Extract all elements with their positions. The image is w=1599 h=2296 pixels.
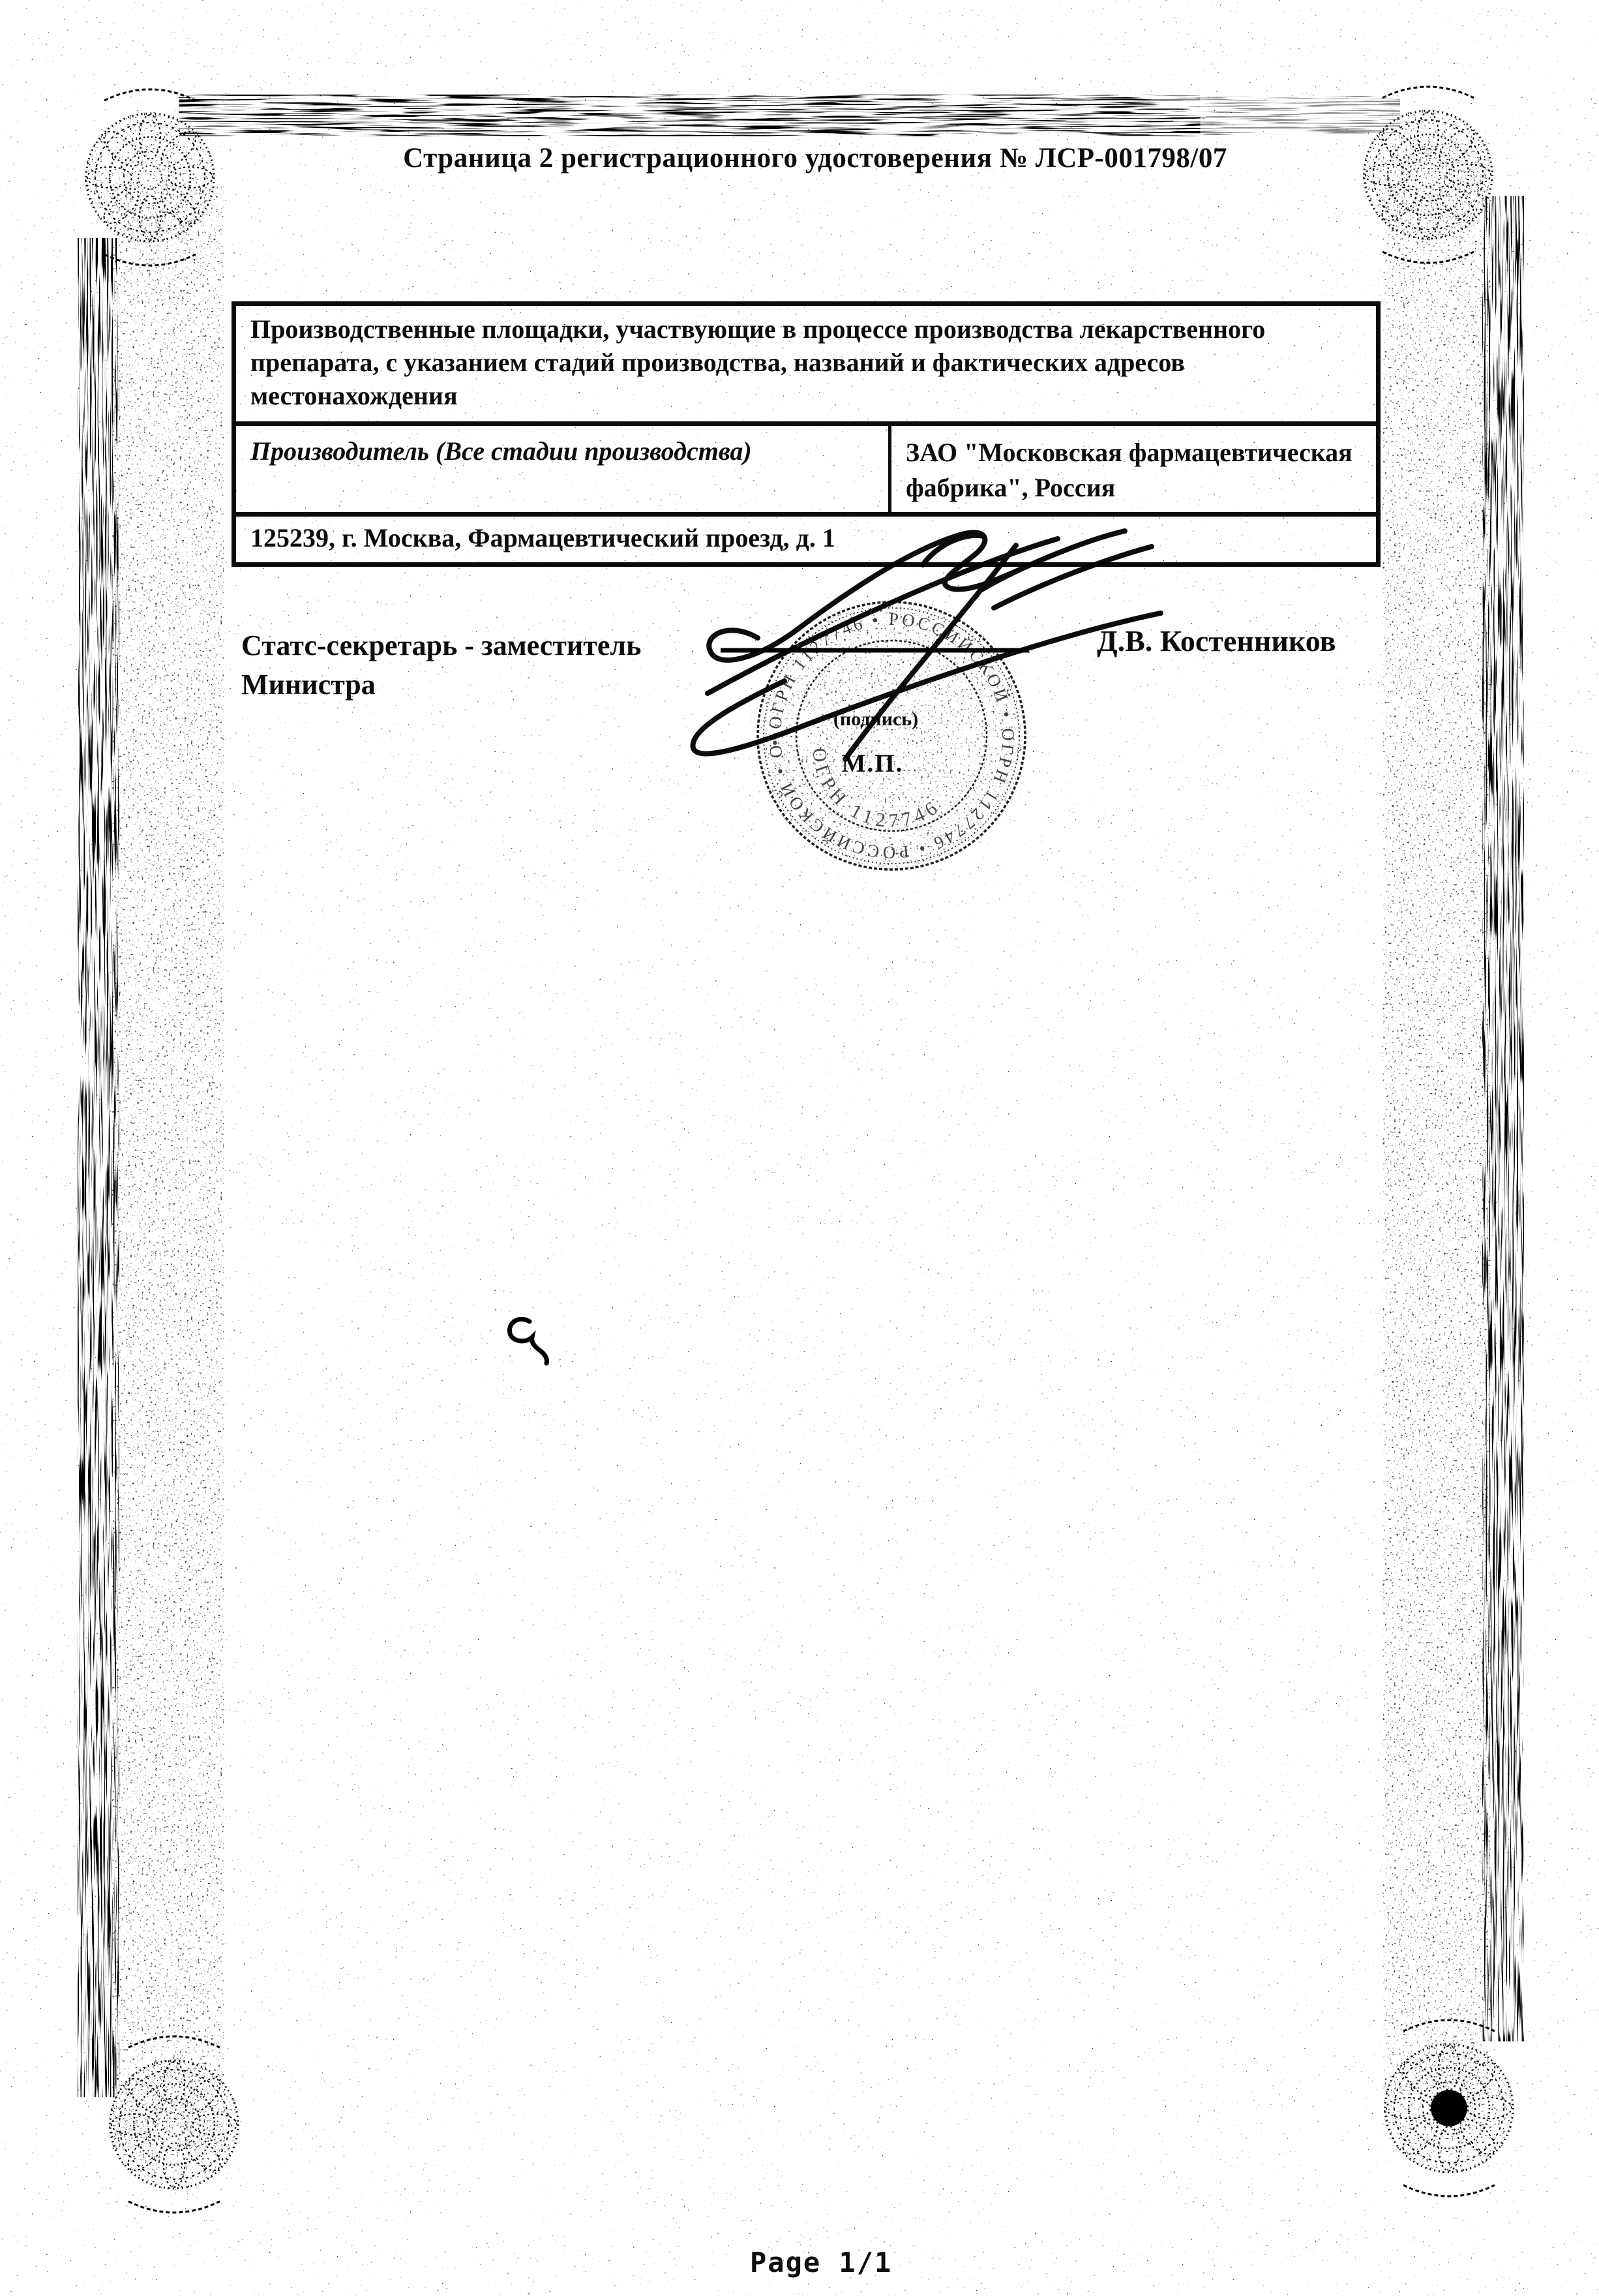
right-border-band [1388, 232, 1522, 2006]
scanned-document-page: Страница 2 регистрационного удостоверени… [0, 0, 1599, 2296]
table-row: Производитель (Все стадии производства) … [236, 426, 1376, 517]
rosette-top-right [1363, 87, 1493, 263]
signer-post-label: Статс-секретарь - заместитель Министра [241, 626, 711, 704]
signer-post-line1: Статс-секретарь - заместитель [241, 626, 711, 665]
rosette-bottom-left [109, 2036, 239, 2213]
production-sites-table: Производственные площадки, участвующие в… [232, 301, 1381, 567]
rosette-top-left [85, 89, 215, 265]
page-footer: Page 1/1 [750, 2246, 892, 2278]
punch-hole-dot [1431, 2090, 1467, 2126]
top-border-band [199, 97, 1396, 134]
seal-place-mark: М.П. [807, 749, 938, 778]
signer-post-line2: Министра [241, 665, 711, 704]
official-stamp: • ОГРН 1127746 • РОССИЙСКОЙ • ОГРН 11277… [755, 599, 1029, 873]
producer-address-cell: 125239, г. Москва, Фармацевтический прое… [236, 517, 1376, 562]
producer-label-cell: Производитель (Все стадии производства) [236, 426, 888, 512]
stamp-ring-text: • ОГРН 1127746 • РОССИЙСКОЙ • ОГРН 11277… [755, 599, 1029, 873]
signer-name: Д.В. Костенников [1097, 624, 1397, 658]
ink-blot [509, 1319, 546, 1363]
table-header-cell: Производственные площадки, участвующие в… [236, 306, 1376, 426]
page-header: Страница 2 регистрационного удостоверени… [339, 142, 1291, 174]
signature-caption: (подпись) [811, 708, 941, 731]
svg-text:• ОГРН 1127746 • РОССИЙСКОЙ •: • ОГРН 1127746 • РОССИЙСКОЙ • ОГРН 11277… [755, 599, 1029, 873]
producer-value-cell: ЗАО "Московская фармацевтическая фабрика… [888, 426, 1376, 512]
rosette-bottom-right [1384, 2020, 1514, 2196]
left-border-band [80, 274, 218, 2061]
